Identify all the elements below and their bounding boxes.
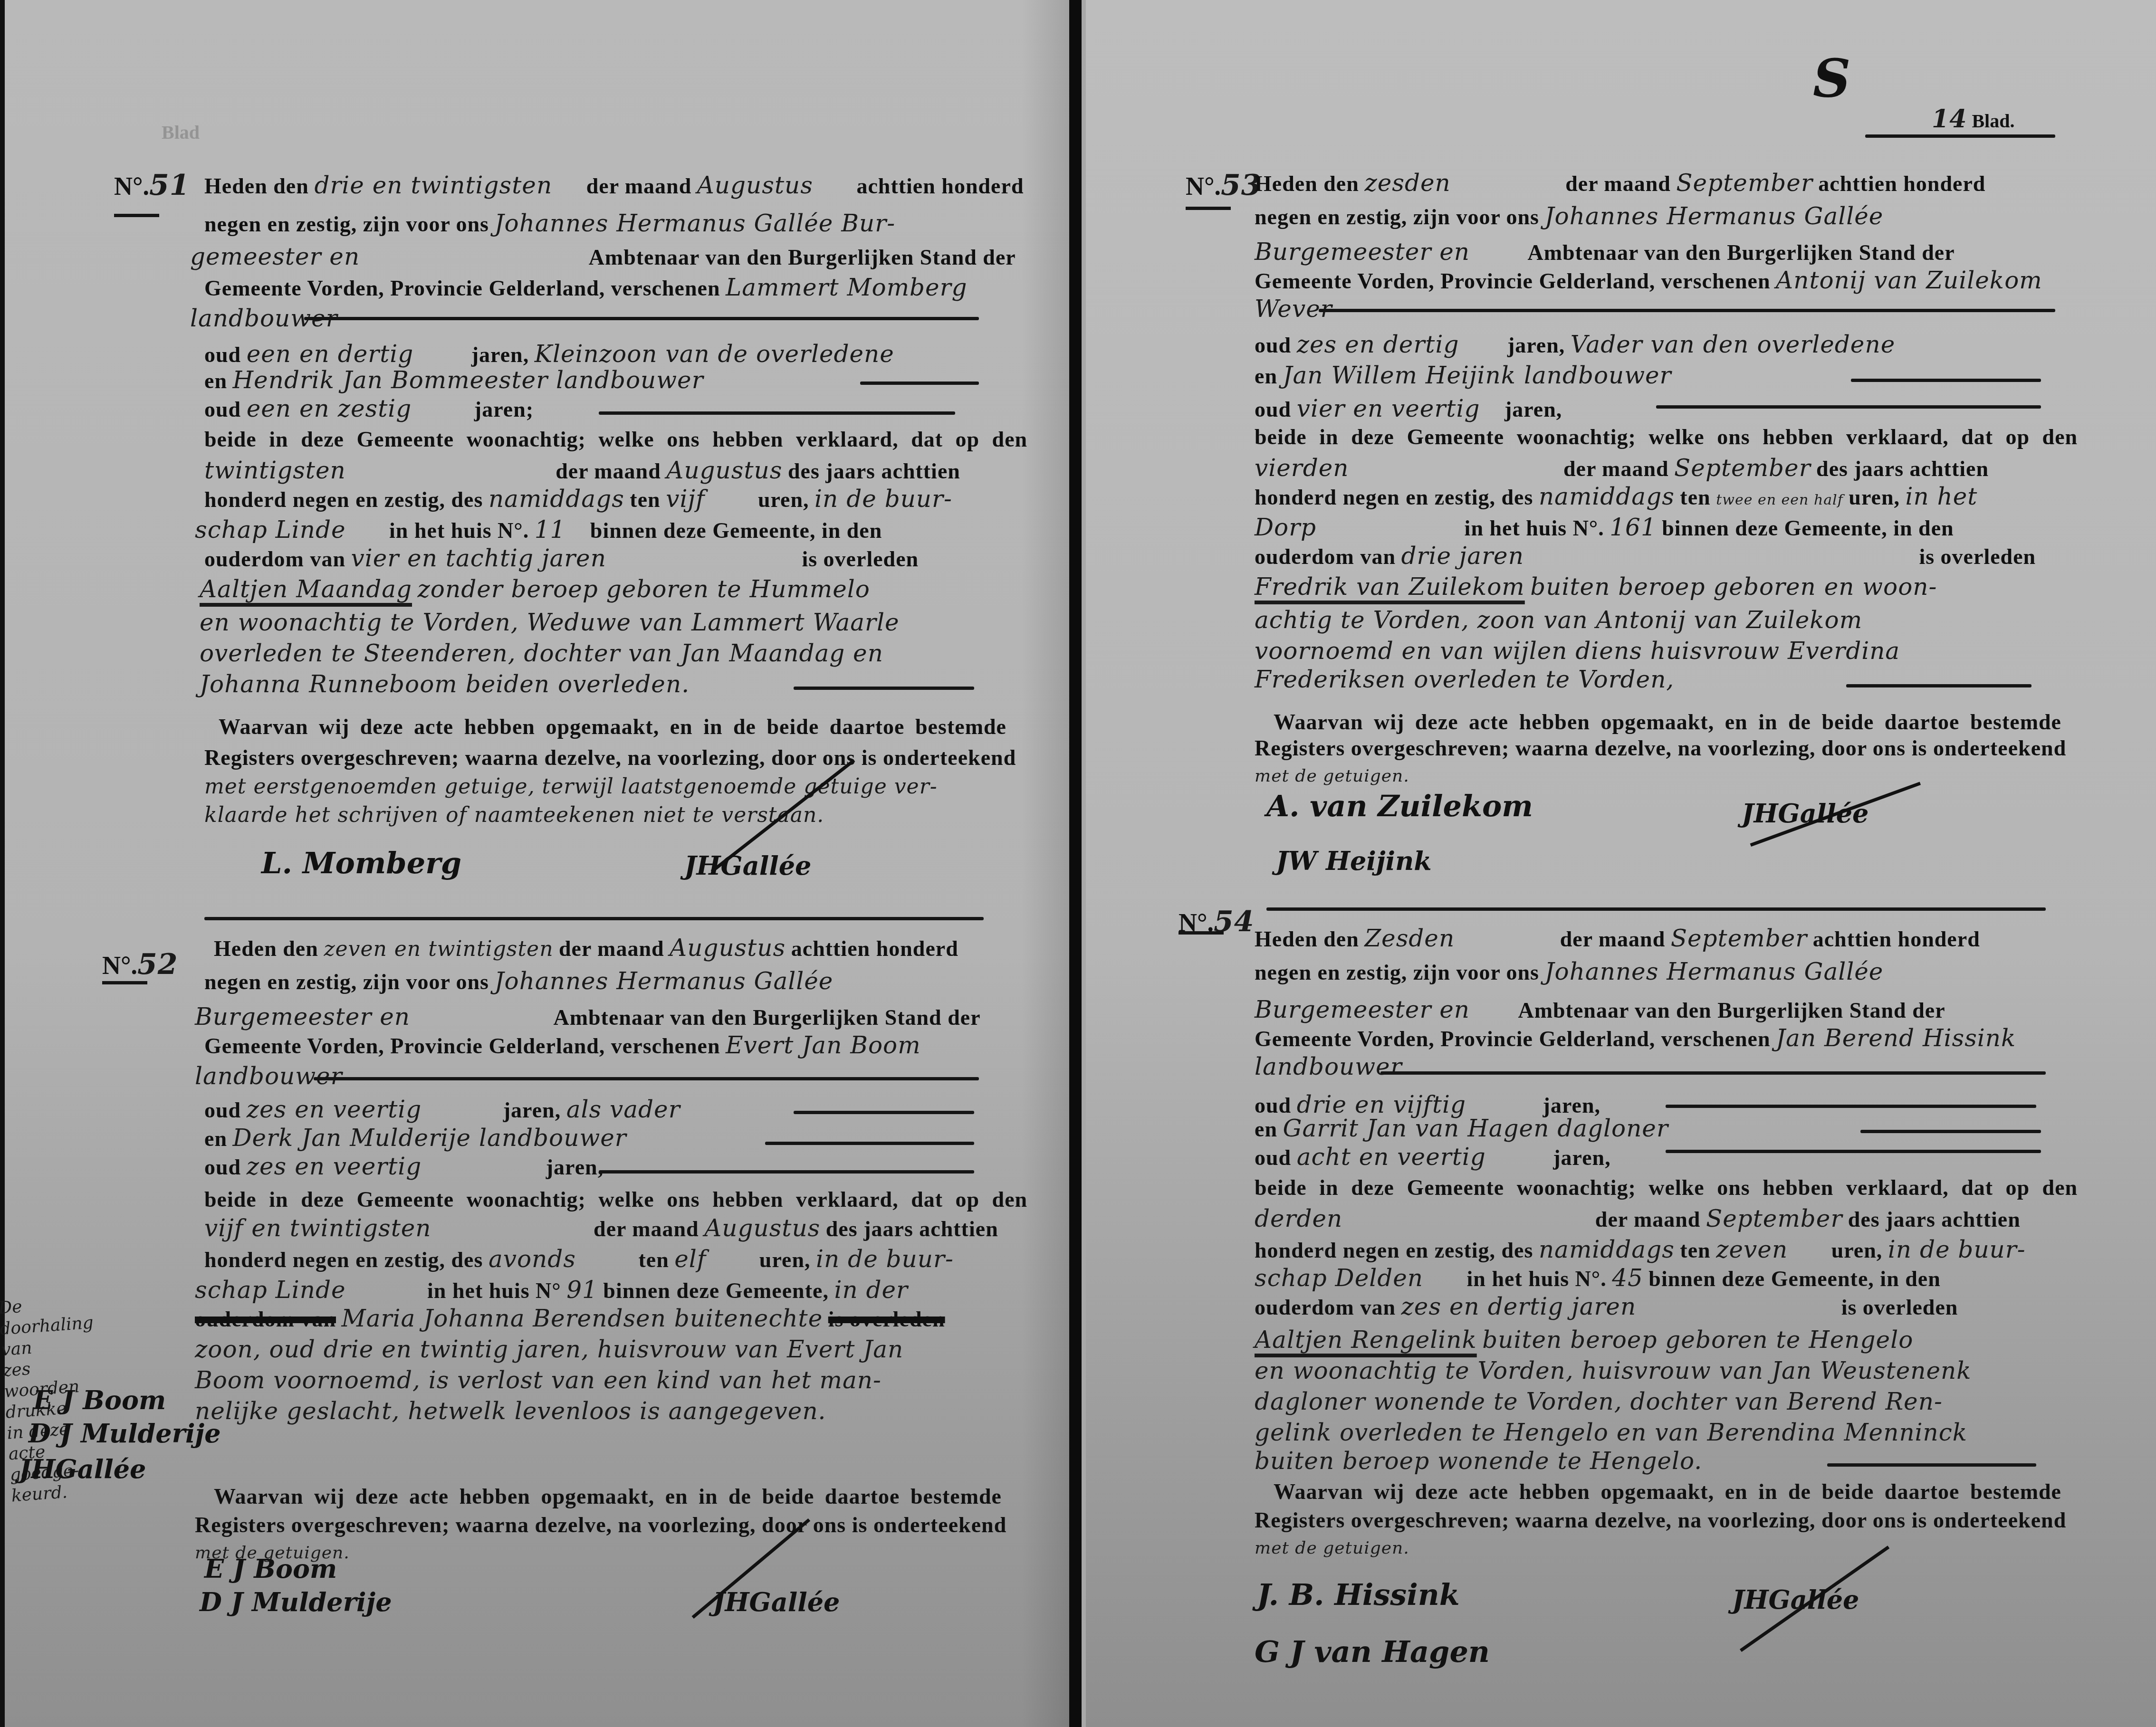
gutter-shadow bbox=[1022, 0, 1069, 1727]
blank-fill-line bbox=[1319, 309, 2055, 312]
act-line: Waarvan wij deze acte hebben opgemaakt, … bbox=[219, 713, 1006, 741]
blank-fill-line bbox=[794, 1111, 974, 1114]
act-line: en woonachtig te Vorden, huisvrouw van J… bbox=[1255, 1356, 1972, 1385]
act-line: honderd negen en zestig, des avonds ten … bbox=[204, 1245, 954, 1273]
act-line: Johanna Runneboom beiden overleden. bbox=[200, 670, 690, 698]
act-line: landbouwer bbox=[195, 1062, 343, 1090]
act-line: Heden den zesden der maand September ach… bbox=[1255, 169, 1985, 197]
act-line: schap Linde in het huis N°. 11 binnen de… bbox=[195, 515, 882, 544]
struck-text: ouderdom van bbox=[195, 1307, 336, 1331]
act-line: negen en zestig, zijn voor ons Johannes … bbox=[204, 967, 833, 995]
corner-ghost-text: Blad bbox=[162, 121, 200, 143]
blank-fill-line bbox=[1860, 1130, 2041, 1133]
blank-fill-line bbox=[1846, 684, 2031, 687]
act-line: ouderdom van zes en dertig jaren is over… bbox=[1255, 1292, 1958, 1321]
blank-fill-line bbox=[1380, 1071, 2046, 1075]
act-line: negen en zestig, zijn voor ons Johannes … bbox=[1255, 957, 1883, 986]
act-line: Gemeente Vorden, Provincie Gelderland, v… bbox=[1255, 266, 2042, 295]
book-gutter bbox=[1069, 0, 1082, 1727]
act-line: Gemeente Vorden, Provincie Gelderland, v… bbox=[204, 273, 968, 302]
blank-fill-line bbox=[1851, 379, 2041, 382]
act-line: en Garrit Jan van Hagen dagloner bbox=[1255, 1114, 1668, 1143]
act-line: gemeester en Ambtenaar van den Burgerlij… bbox=[190, 242, 1016, 271]
act-line: dagloner wonende te Vorden, dochter van … bbox=[1255, 1387, 1943, 1416]
act-line: Registers overgeschreven; waarna dezelve… bbox=[204, 744, 1016, 772]
left-page: Blad N°.51 Heden den drie en twintigsten… bbox=[5, 0, 1069, 1727]
margin-signature: JHGallée bbox=[19, 1454, 146, 1484]
act-line: Burgemeester en Ambtenaar van den Burger… bbox=[1255, 238, 1955, 266]
act-line: nelijke geslacht, hetwelk levenloos is a… bbox=[195, 1397, 826, 1425]
blank-fill-line bbox=[1666, 1105, 2036, 1108]
blank-fill-line bbox=[1827, 1463, 2036, 1467]
act-line: gelink overleden te Hengelo en van Beren… bbox=[1255, 1418, 1967, 1447]
signature-father: A. van Zuilekom bbox=[1266, 789, 1533, 823]
act-line: Registers overgeschreven; waarna dezelve… bbox=[195, 1511, 1006, 1539]
signature-witness: G J van Hagen bbox=[1255, 1634, 1490, 1669]
act-line: ouderdom van Maria Johanna Berendsen bui… bbox=[195, 1304, 945, 1333]
right-page: 14 Blad. S N°.53 Heden den zesden der ma… bbox=[1086, 0, 2156, 1727]
signature-witness: J. B. Hissink bbox=[1257, 1577, 1460, 1612]
blank-fill-line bbox=[314, 1077, 979, 1080]
act-line: vijf en twintigsten der maand Augustus d… bbox=[204, 1214, 998, 1242]
act-number: N°.52 bbox=[102, 948, 178, 981]
act-line: beide in deze Gemeente woonachtig; welke… bbox=[1255, 1174, 2078, 1202]
act-line: beide in deze Gemeente woonachtig; welke… bbox=[1255, 423, 2078, 451]
act-line: ouderdom van drie jaren is overleden bbox=[1255, 542, 2036, 570]
act-line: Boom voornoemd, is verlost van een kind … bbox=[195, 1366, 882, 1394]
act-line: oud acht en veertig jaren, bbox=[1255, 1143, 1611, 1171]
deceased-line: Aaltjen Rengelink buiten beroep geboren … bbox=[1255, 1326, 1913, 1354]
act-separator bbox=[204, 917, 984, 920]
act-line: buiten beroep wonende te Hengelo. bbox=[1255, 1447, 1702, 1475]
act-line: schap Delden in het huis N°. 45 binnen d… bbox=[1255, 1264, 1941, 1292]
blank-fill-line bbox=[1656, 405, 2041, 409]
act-line: Waarvan wij deze acte hebben opgemaakt, … bbox=[1274, 708, 2061, 736]
blank-fill-line bbox=[599, 411, 955, 415]
blank-fill-line bbox=[1666, 1150, 2041, 1153]
blank-fill-line bbox=[304, 317, 979, 320]
act-line: Waarvan wij deze acte hebben opgemaakt, … bbox=[1274, 1478, 2061, 1506]
signature-witness: E J Boom bbox=[204, 1554, 337, 1584]
deceased-line: Aaltjen Maandag zonder beroep geboren te… bbox=[200, 575, 870, 603]
act-line: oud zes en veertig jaren, bbox=[204, 1152, 604, 1181]
act-line: landbouwer bbox=[1255, 1052, 1402, 1081]
act-line: honderd negen en zestig, des namiddags t… bbox=[1255, 482, 1977, 511]
folio-mark: S bbox=[1813, 48, 1850, 109]
blank-fill-line bbox=[765, 1142, 974, 1145]
act-line: vierden der maand September des jaars ac… bbox=[1255, 454, 1989, 482]
act-line: oud vier en veertig jaren, bbox=[1255, 394, 1562, 423]
signature-witness: D J Mulderije bbox=[200, 1587, 392, 1617]
act-line: oud een en dertig jaren, Kleinzoon van d… bbox=[204, 340, 894, 368]
act-line: zoon, oud drie en twintig jaren, huisvro… bbox=[195, 1335, 903, 1364]
deceased-name: Aaltjen Maandag bbox=[200, 575, 412, 603]
act-number-rule bbox=[102, 981, 147, 984]
act-number-rule bbox=[114, 214, 159, 217]
act-line: beide in deze Gemeente woonachtig; welke… bbox=[204, 425, 1027, 454]
act-line: schap Linde in het huis N° 91 binnen dez… bbox=[195, 1276, 908, 1304]
act-number-rule bbox=[1186, 207, 1231, 210]
page-left-edge bbox=[0, 0, 5, 1727]
blank-fill-line bbox=[860, 382, 979, 385]
act-number-rule bbox=[1179, 931, 1224, 935]
act-line: en Jan Willem Heijink landbouwer bbox=[1255, 361, 1672, 390]
margin-signature: D J Mulderije bbox=[29, 1418, 221, 1449]
act-number: N°.53 bbox=[1186, 169, 1262, 202]
act-line: ouderdom van vier en tachtig jaren is ov… bbox=[204, 544, 919, 572]
act-line: voornoemd en van wijlen diens huisvrouw … bbox=[1255, 637, 1900, 665]
act-line: oud een en zestig jaren; bbox=[204, 394, 534, 423]
act-line: twintigsten der maand Augustus des jaars… bbox=[204, 456, 960, 485]
act-line: achtig te Vorden, zoon van Antonij van Z… bbox=[1255, 606, 1862, 634]
act-line: Heden den zeven en twintigsten der maand… bbox=[214, 934, 958, 962]
act-line: Registers overgeschreven; waarna dezelve… bbox=[1255, 734, 2066, 763]
act-line: Heden den Zesden der maand September ach… bbox=[1255, 924, 1980, 953]
act-line: Dorp in het huis N°. 161 binnen deze Gem… bbox=[1255, 513, 1954, 542]
signature-registrar: JHGallée bbox=[713, 1587, 840, 1617]
act-line: Heden den drie en twintigsten der maand … bbox=[204, 171, 1024, 200]
signature-registrar: JHGallée bbox=[684, 850, 811, 881]
act-line: met eerstgenoemden getuige, terwijl laat… bbox=[204, 772, 938, 801]
deceased-line: Fredrik van Zuilekom buiten beroep gebor… bbox=[1255, 572, 1937, 601]
act-line: Registers overgeschreven; waarna dezelve… bbox=[1255, 1506, 2066, 1535]
deceased-name: Fredrik van Zuilekom bbox=[1255, 573, 1525, 601]
act-line: en Hendrik Jan Bommeester landbouwer bbox=[204, 366, 704, 394]
act-line: Gemeente Vorden, Provincie Gelderland, v… bbox=[204, 1031, 921, 1059]
act-line: overleden te Steenderen, dochter van Jan… bbox=[200, 639, 883, 668]
act-line: oud zes en veertig jaren, als vader bbox=[204, 1095, 680, 1124]
act-line: oud zes en dertig jaren, Vader van den o… bbox=[1255, 330, 1895, 359]
blank-fill-line bbox=[599, 1170, 974, 1174]
act-line: met de getuigen. bbox=[1255, 760, 1409, 789]
act-line: honderd negen en zestig, des namiddags t… bbox=[1255, 1235, 2026, 1264]
margin-signature: E J Boom bbox=[33, 1385, 166, 1415]
act-line: klaarde het schrijven of naamteekenen ni… bbox=[204, 801, 824, 829]
act-line: Burgemeester en Ambtenaar van den Burger… bbox=[1255, 995, 1945, 1024]
act-line: met de getuigen. bbox=[1255, 1532, 1409, 1561]
signature-witness: L. Momberg bbox=[261, 846, 461, 880]
folio-number: 14 Blad. bbox=[1932, 105, 2014, 134]
act-separator bbox=[1266, 907, 2046, 911]
act-line: Waarvan wij deze acte hebben opgemaakt, … bbox=[214, 1482, 1002, 1511]
act-line: Gemeente Vorden, Provincie Gelderland, v… bbox=[1255, 1024, 2016, 1052]
act-line: negen en zestig, zijn voor ons Johannes … bbox=[1255, 202, 1883, 230]
act-line: derden der maand September des jaars ach… bbox=[1255, 1204, 2021, 1233]
act-line: negen en zestig, zijn voor ons Johannes … bbox=[204, 209, 895, 238]
act-line: Burgemeester en Ambtenaar van den Burger… bbox=[195, 1002, 981, 1031]
act-line: beide in deze Gemeente woonachtig; welke… bbox=[204, 1185, 1027, 1214]
deceased-name: Aaltjen Rengelink bbox=[1255, 1326, 1477, 1354]
act-number: N°.51 bbox=[114, 169, 190, 202]
act-line: honderd negen en zestig, des namiddags t… bbox=[204, 485, 952, 513]
signature-witness: JW Heijink bbox=[1276, 846, 1432, 876]
blank-fill-line bbox=[794, 687, 974, 690]
struck-text: is overleden bbox=[828, 1307, 945, 1331]
act-line: en woonachtig te Vorden, Weduwe van Lamm… bbox=[200, 608, 900, 637]
act-line: Frederiksen overleden te Vorden, bbox=[1255, 665, 1674, 694]
folio-rule bbox=[1865, 134, 2055, 138]
act-line: en Derk Jan Mulderije landbouwer bbox=[204, 1124, 627, 1152]
